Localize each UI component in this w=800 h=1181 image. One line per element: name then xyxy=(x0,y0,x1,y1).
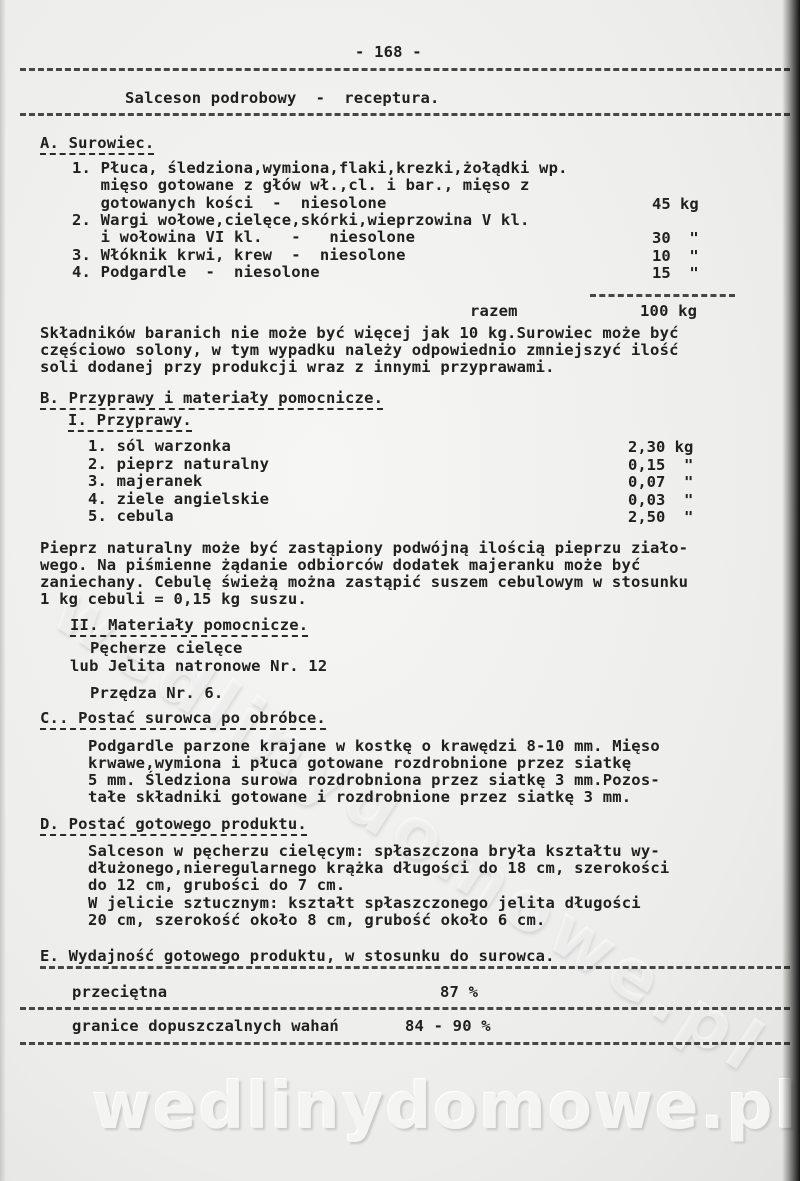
section-b-sub2-heading: II. Materiały pomocnicze. xyxy=(70,617,308,634)
divider-title xyxy=(20,113,790,116)
divider-range xyxy=(20,1042,790,1045)
raw-material-qty: 30 " xyxy=(652,229,699,247)
spice-item: 1. sól warzonka xyxy=(88,438,231,455)
section-c-line-3: 5 mm. Śledziona surowa rozdrobniona prze… xyxy=(88,772,660,789)
section-e-heading: E. Wydajność gotowego produktu, w stosun… xyxy=(40,948,555,965)
spice-note-4: 1 kg cebuli = 0,15 kg suszu. xyxy=(40,591,307,608)
bottom-watermark: wedlinydomowe.pl xyxy=(92,1070,799,1144)
section-d-line-2: dłużonego,nieregularnego krążka długości… xyxy=(88,860,669,877)
raw-material-qty: 10 " xyxy=(652,247,699,265)
spice-qty: 2,30 kg xyxy=(628,438,693,456)
total-label: razem xyxy=(470,303,518,320)
section-c-heading: C.. Postać surowca po obróbce. xyxy=(40,710,326,727)
section-d-line-4: W jelicie sztucznym: kształt spłaszczone… xyxy=(88,895,641,912)
page-title: Salceson podrobowy - receptura. xyxy=(125,90,440,107)
aux-material-3: Przędza Nr. 6. xyxy=(90,685,223,702)
raw-material-line: 1. Płuca, śledziona,wymiona,flaki,krezki… xyxy=(72,160,568,177)
section-b-heading: B. Przyprawy i materiały pomocnicze. xyxy=(40,390,383,407)
page-left-edge xyxy=(0,0,6,1181)
spice-item: 3. majeranek xyxy=(88,473,202,490)
raw-material-qty: 45 kg xyxy=(652,195,699,213)
range-label: granice dopuszczalnych wahań xyxy=(72,1018,339,1035)
spice-note-3: zaniechany. Cebulę świeżą można zastąpić… xyxy=(40,574,688,591)
spice-qty: 0,15 " xyxy=(628,456,693,474)
raw-material-line: gotowanych kości - niesolone xyxy=(72,195,387,212)
divider-average xyxy=(20,1007,790,1010)
section-a-note-1: Składników baranich nie może być więcej … xyxy=(40,325,679,342)
raw-material-line: mięso gotowane z głów wł.,cl. i bar., mi… xyxy=(72,177,530,194)
aux-material-1: Pęcherze cielęce xyxy=(90,640,243,657)
section-e-divider xyxy=(40,966,790,969)
section-d-line-1: Salceson w pęcherzu cielęcym: spłaszczon… xyxy=(88,843,660,860)
average-label: przeciętna xyxy=(72,984,167,1001)
section-a-note-2: częściowo solony, w tym wypadku należy o… xyxy=(40,342,679,359)
spice-item: 2. pieprz naturalny xyxy=(88,456,269,473)
spice-note-1: Pieprz naturalny może być zastąpiony pod… xyxy=(40,540,688,557)
raw-material-line: i wołowina VI kl. - niesolone xyxy=(72,229,415,246)
spice-item: 4. ziele angielskie xyxy=(88,491,269,508)
spice-qty: 0,07 " xyxy=(628,473,693,491)
aux-material-2: lub Jelita natronowe Nr. 12 xyxy=(70,658,327,675)
raw-material-line: 3. Włóknik krwi, krew - niesolone xyxy=(72,247,406,264)
scanned-page: wedlinydomowe.pl - 168 - Salceson podrob… xyxy=(0,0,800,1181)
section-d-line-3: do 12 cm, grubości do 7 cm. xyxy=(88,877,345,894)
page-right-shadow xyxy=(782,0,800,1181)
total-divider xyxy=(590,294,735,297)
section-a-heading: A. Surowiec. xyxy=(40,135,154,152)
total-value: 100 kg xyxy=(640,303,697,320)
raw-material-qty: 15 " xyxy=(652,264,699,282)
raw-material-line: 2. Wargi wołowe,cielęce,skórki,wieprzowi… xyxy=(72,212,530,229)
average-value: 87 % xyxy=(440,984,478,1001)
divider-top xyxy=(20,68,790,71)
section-c-line-4: tałe składniki gotowane i rozdrobnione p… xyxy=(88,789,631,806)
spice-qty: 0,03 " xyxy=(628,491,693,509)
section-c-line-2: krwawe,wymiona i płuca gotowane rozdrobn… xyxy=(88,755,631,772)
section-c-line-1: Podgardle parzone krajane w kostkę o kra… xyxy=(88,738,660,755)
raw-material-line: 4. Podgardle - niesolone xyxy=(72,264,320,281)
range-value: 84 - 90 % xyxy=(405,1018,491,1035)
section-d-heading: D. Postać gotowego produktu. xyxy=(40,816,307,833)
spice-note-2: wego. Na piśmienne żądanie odbiorców dod… xyxy=(40,557,641,574)
section-a-note-3: soli dodanej przy produkcji wraz z innym… xyxy=(40,359,555,376)
page-number: - 168 - xyxy=(355,44,422,61)
spice-item: 5. cebula xyxy=(88,508,174,525)
spice-qty: 2,50 " xyxy=(628,508,693,526)
section-b-sub1-heading: I. Przyprawy. xyxy=(68,412,192,429)
section-d-line-5: 20 cm, szerokość około 8 cm, grubość oko… xyxy=(88,912,546,929)
